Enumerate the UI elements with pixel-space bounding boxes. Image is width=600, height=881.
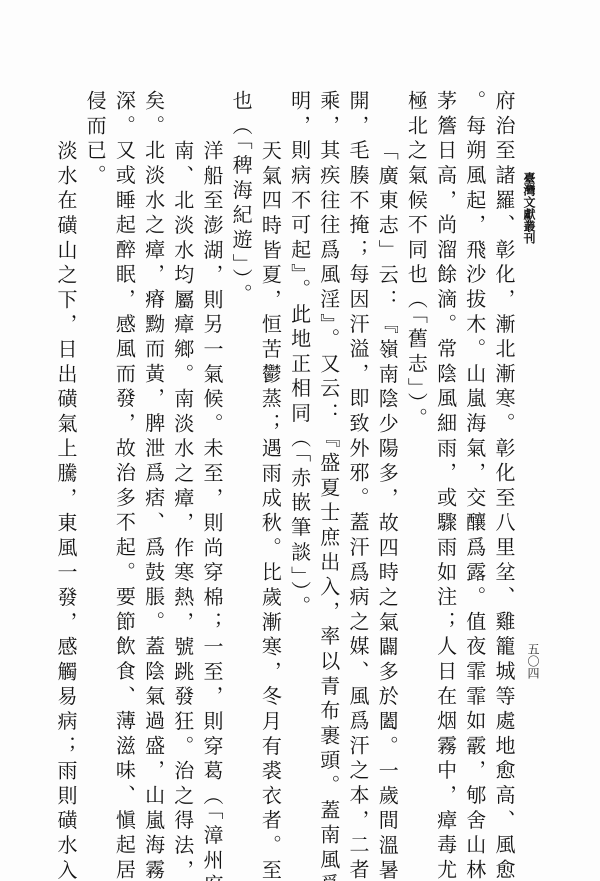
paragraph-start-column: 洋船至澎湖，則另一氣候。未至，則尚穿棉；一至，則穿葛（「漳州府志」）。 xyxy=(197,90,226,840)
text-column: 開，毛腠不掩；每因汗溢，即致外邪。蓋汗爲病之媒、風爲汗之本，二者一中，寒瘧相 xyxy=(343,90,372,840)
text-column: 府治至諸羅、彰化，漸北漸寒。彰化至八里坌、雞籠城等處地愈高、風愈烈，寒凉愈甚 xyxy=(489,90,518,840)
text-column: 乘，其疾往往爲風淫』。又云：『盛夏士庶出入，率以青布裹頭。蓋南風爲厲，一侵陽 xyxy=(314,90,343,840)
text-column: 。每朔風起，飛沙拔木。山嵐海氣，交釀爲露。值夜霏霏如霰，郇舍山林，咫尺莫辨； xyxy=(460,90,489,840)
book-page: 臺灣文獻叢刊 五〇四 府治至諸羅、彰化，漸北漸寒。彰化至八里坌、雞籠城等處地愈高… xyxy=(0,0,600,881)
paragraph-start-column: 「廣東志」云：『嶺南陰少陽多，故四時之氣闢多於闔。一歲間溫暑過半，元府常 xyxy=(372,90,401,840)
paragraph-start-column: 淡水在磺山之下，日出磺氣上騰，東風一發，感觸易病；雨則磺水入河，食之往往 xyxy=(51,90,80,840)
paragraph-start-column: 南、北淡水均屬瘴鄉。南淡水之瘴，作寒熱，號跳發狂。治之得法，病後加薑即愈 xyxy=(168,90,197,840)
text-column: 侵而已。 xyxy=(80,90,109,840)
text-column: 明，則病不可起』。此地正相同（「赤嵌筆談」）。 xyxy=(284,90,313,840)
paragraph-start-column: 天氣四時皆夏，恒苦鬱蒸；遇雨成秋。比歲漸寒，冬月有裘衣者。至霜霰，則無有 xyxy=(255,90,284,840)
text-column: 也（「稗海紀遊」）。 xyxy=(226,90,255,840)
series-title: 臺灣文獻叢刊 xyxy=(519,172,535,244)
text-column: 矣。北淡水之瘴，瘠黝而黃，脾泄爲痞、爲鼓脹。蓋陰氣過盛，山嵐海霧鬱蒸，中之也 xyxy=(138,90,167,840)
text-column: 極北之氣候不同也（「舊志」）。 xyxy=(401,90,430,840)
page-number: 五〇四 xyxy=(523,643,539,679)
text-column: 茅簷日高，尚溜餘滴。常陰風細雨，或驟雨如注；人日在烟霧中，瘴毒尤甚。此窮南、 xyxy=(430,90,459,840)
text-column: 深。又或睡起醉眠，感風而發，故治多不起。要節飲食、薄滋味、愼起居，使不至爲所 xyxy=(109,90,138,840)
vertical-text-body: 府治至諸羅、彰化，漸北漸寒。彰化至八里坌、雞籠城等處地愈高、風愈烈，寒凉愈甚 。… xyxy=(51,90,518,840)
